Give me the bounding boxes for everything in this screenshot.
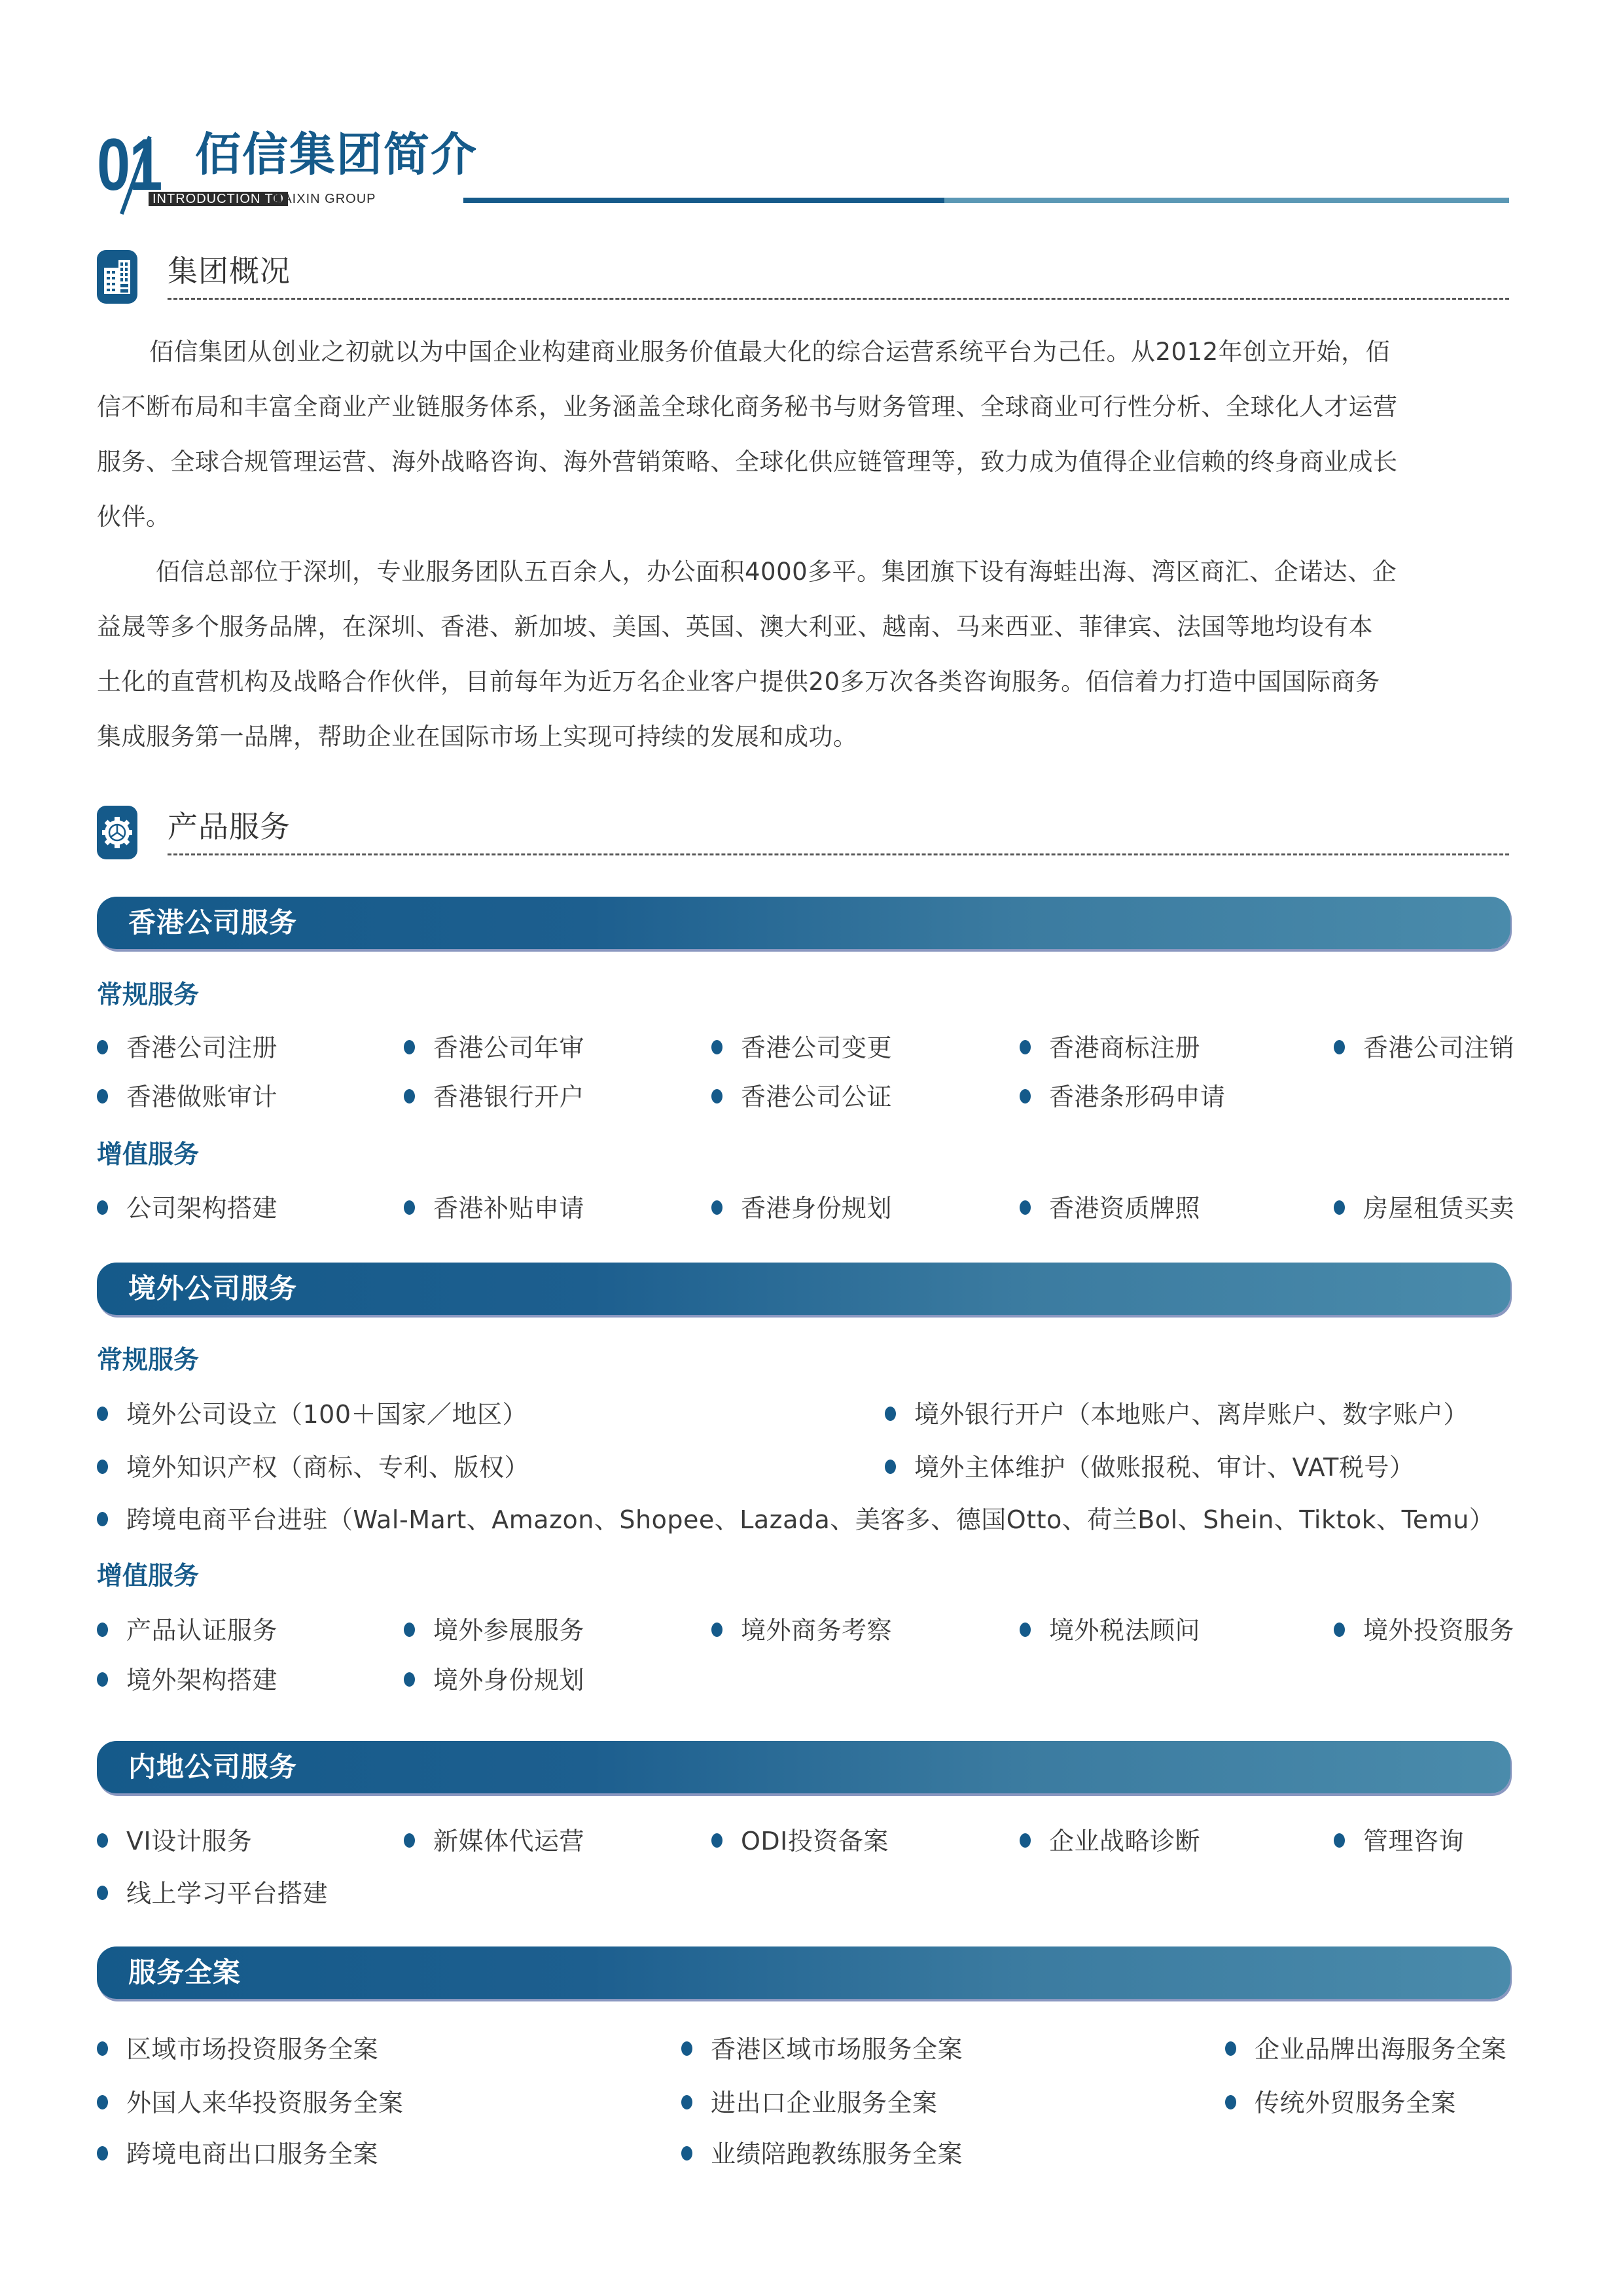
service-item: 境外银行开户（本地账户、离岸账户、数字账户） [885, 1398, 1469, 1431]
service-item: 跨境电商出口服务全案 [97, 2138, 378, 2170]
building-icon [97, 250, 137, 304]
service-item: 公司架构搭建 [97, 1192, 277, 1225]
service-item: 境外架构搭建 [97, 1664, 277, 1696]
bullet-icon [711, 1089, 722, 1103]
paragraph-line: 信不断布局和丰富全商业产业链服务体系，业务涵盖全球化商务秘书与财务管理、全球商业… [97, 380, 1509, 435]
service-item: ODI投资备案 [711, 1825, 889, 1857]
service-item: 香港公司注册 [97, 1031, 277, 1064]
banner-title: 香港公司服务 [128, 903, 297, 942]
service-item: 境外身份规划 [404, 1664, 584, 1696]
service-item: 企业品牌出海服务全案 [1225, 2033, 1507, 2066]
bullet-icon [404, 1623, 415, 1637]
service-item: 香港身份规划 [711, 1192, 892, 1225]
bullet-icon [404, 1089, 415, 1103]
service-item: 区域市场投资服务全案 [97, 2033, 378, 2066]
bullet-icon [404, 1040, 415, 1054]
bullet-icon [711, 1623, 722, 1637]
bullet-icon [885, 1460, 896, 1474]
service-item: 境外税法顾问 [1020, 1614, 1200, 1647]
paragraph-line: 佰信总部位于深圳，专业服务团队五百余人，办公面积4000多平。集团旗下设有海蛙出… [97, 545, 1509, 600]
subtitle-boxed: INTRODUCTION TO [149, 192, 288, 206]
banner-title: 内地公司服务 [128, 1748, 297, 1787]
gear-icon [97, 806, 137, 859]
dashed-divider [168, 298, 1509, 300]
service-item: 境外公司设立（100＋国家／地区） [97, 1398, 527, 1431]
banner-title: 境外公司服务 [128, 1269, 297, 1308]
service-item: 境外商务考察 [711, 1614, 892, 1647]
bullet-icon [1020, 1200, 1031, 1215]
bullet-icon [1020, 1833, 1031, 1848]
banner-hk-services: 香港公司服务 [97, 897, 1510, 949]
service-item: 香港商标注册 [1020, 1031, 1200, 1064]
bullet-icon [1334, 1200, 1345, 1215]
service-item: 境外投资服务 [1334, 1614, 1514, 1647]
bullet-icon [97, 1200, 108, 1215]
bullet-icon [97, 2095, 108, 2109]
bullet-icon [1020, 1040, 1031, 1054]
overview-text: 佰信集团从创业之初就以为中国企业构建商业服务价值最大化的综合运营系统平台为己任。… [97, 325, 1509, 764]
service-item: 香港公司公证 [711, 1081, 892, 1113]
subhead-value-added: 增值服务 [97, 1560, 199, 1593]
bullet-icon [1225, 2095, 1236, 2109]
service-item: 境外参展服务 [404, 1614, 584, 1647]
paragraph-line: 益晟等多个服务品牌，在深圳、香港、新加坡、美国、英国、澳大利亚、越南、马来西亚、… [97, 600, 1509, 655]
bullet-icon [681, 2095, 692, 2109]
bullet-icon [97, 1089, 108, 1103]
bullet-icon [97, 1512, 108, 1526]
bullet-icon [1334, 1040, 1345, 1054]
paragraph-line: 土化的直营机构及战略合作伙伴，目前每年为近万名企业客户提供20多万次各类咨询服务… [97, 655, 1509, 709]
bullet-icon [711, 1200, 722, 1215]
banner-full-service: 服务全案 [97, 1946, 1510, 1999]
banner-title: 服务全案 [128, 1953, 241, 1992]
banner-mainland-services: 内地公司服务 [97, 1741, 1510, 1793]
service-item: 跨境电商平台进驻（Wal-Mart、Amazon、Shopee、Lazada、美… [97, 1503, 1494, 1536]
service-item: 香港资质牌照 [1020, 1192, 1200, 1225]
dashed-divider [168, 853, 1509, 855]
bullet-icon [1225, 2041, 1236, 2056]
page-title: 佰信集团简介 [195, 128, 478, 181]
paragraph-line: 集成服务第一品牌，帮助企业在国际市场上实现可持续的发展和成功。 [97, 709, 1509, 764]
service-item: 新媒体代运营 [404, 1825, 584, 1857]
service-item: 香港银行开户 [404, 1081, 584, 1113]
service-item: 香港区域市场服务全案 [681, 2033, 963, 2066]
service-item: 企业战略诊断 [1020, 1825, 1200, 1857]
bullet-icon [97, 1407, 108, 1421]
service-item: 管理咨询 [1334, 1825, 1464, 1857]
service-item: 香港做账审计 [97, 1081, 277, 1113]
header-rule-light [944, 198, 1509, 203]
subhead-regular: 常规服务 [97, 1344, 199, 1377]
bullet-icon [97, 2146, 108, 2161]
service-item: 房屋租赁买卖 [1334, 1192, 1514, 1225]
subhead-value-added: 增值服务 [97, 1139, 199, 1172]
bullet-icon [97, 1833, 108, 1848]
bullet-icon [97, 1040, 108, 1054]
bullet-icon [681, 2041, 692, 2056]
bullet-icon [885, 1407, 896, 1421]
service-item: VI设计服务 [97, 1825, 252, 1857]
service-item: 线上学习平台搭建 [97, 1877, 328, 1910]
bullet-icon [1020, 1089, 1031, 1103]
service-item: 香港公司注销 [1334, 1031, 1514, 1064]
subtitle-plain: BAIXIN GROUP [274, 192, 376, 206]
bullet-icon [711, 1040, 722, 1054]
section-title-products: 产品服务 [168, 808, 291, 845]
service-item: 香港条形码申请 [1020, 1081, 1226, 1113]
bullet-icon [681, 2146, 692, 2161]
service-item: 传统外贸服务全案 [1225, 2087, 1456, 2119]
section-title-overview: 集团概况 [168, 253, 291, 289]
service-item: 进出口企业服务全案 [681, 2087, 938, 2119]
bullet-icon [404, 1200, 415, 1215]
bullet-icon [97, 2041, 108, 2056]
service-item: 外国人来华投资服务全案 [97, 2087, 404, 2119]
service-item: 产品认证服务 [97, 1614, 277, 1647]
bullet-icon [1020, 1623, 1031, 1637]
service-item: 境外知识产权（商标、专利、版权） [97, 1451, 529, 1484]
bullet-icon [97, 1886, 108, 1900]
service-item: 业绩陪跑教练服务全案 [681, 2138, 963, 2170]
service-item: 境外主体维护（做账报税、审计、VAT税号） [885, 1451, 1414, 1484]
bullet-icon [711, 1833, 722, 1848]
paragraph-line: 佰信集团从创业之初就以为中国企业构建商业服务价值最大化的综合运营系统平台为己任。… [97, 325, 1509, 380]
subhead-regular: 常规服务 [97, 979, 199, 1012]
service-item: 香港公司变更 [711, 1031, 892, 1064]
bullet-icon [97, 1672, 108, 1687]
paragraph-line: 服务、全球合规管理运营、海外战略咨询、海外营销策略、全球化供应链管理等，致力成为… [97, 435, 1509, 490]
service-item: 香港公司年审 [404, 1031, 584, 1064]
bullet-icon [404, 1833, 415, 1848]
banner-overseas-services: 境外公司服务 [97, 1263, 1510, 1315]
header-rule-dark [463, 198, 944, 203]
bullet-icon [404, 1672, 415, 1687]
paragraph-line: 伙伴。 [97, 490, 1509, 545]
bullet-icon [97, 1460, 108, 1474]
bullet-icon [1334, 1623, 1345, 1637]
bullet-icon [97, 1623, 108, 1637]
service-item: 香港补贴申请 [404, 1192, 584, 1225]
bullet-icon [1334, 1833, 1345, 1848]
